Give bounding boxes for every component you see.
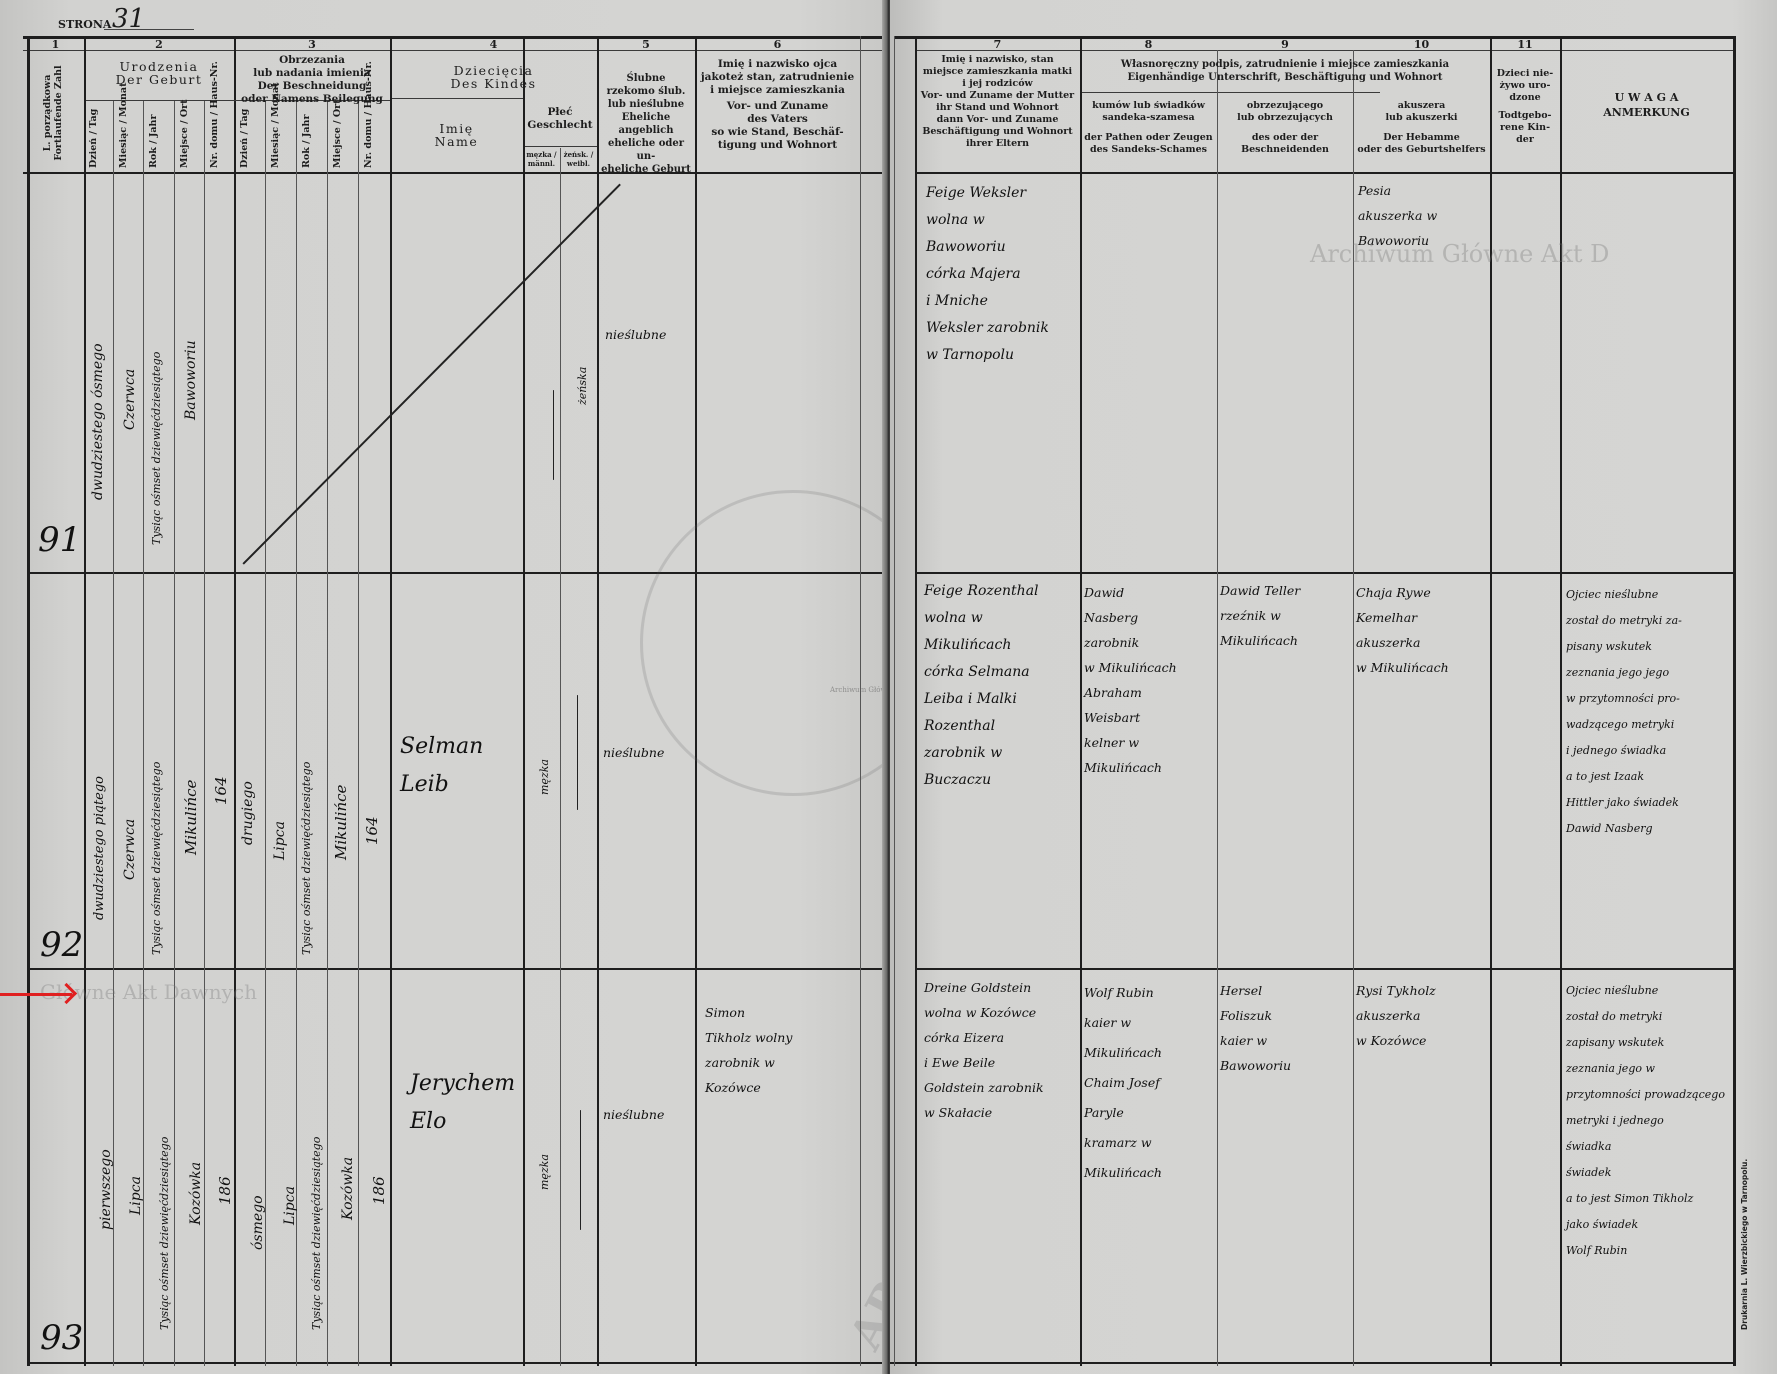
col10-de2: oder des Geburtshelfers [1353,144,1490,156]
col10-de1: Der Hebamme [1353,132,1490,144]
col5-pl1: Ślubne [597,72,695,85]
row-92-number: 92 [40,925,83,965]
row-91-strike-line [242,184,620,565]
row-93-number: 93 [40,1318,83,1358]
row-93-legitimacy: nieślubne [603,1102,664,1127]
col7-pl1: Imię i nazwisko, stan [915,54,1080,66]
sex-split-rule [560,148,561,1366]
row-93-circ-month: Lipca [282,1186,298,1225]
col4-header-de: Des Kindes [390,77,597,90]
col10-pl2: lub akuszerki [1353,112,1490,124]
group-8-10-header: Własnoręczny podpis, zatrudnienie i miej… [1080,58,1490,84]
row-92-circ-house: 164 [363,816,381,845]
col4-number: 4 [390,38,597,51]
col9-header: obrzezującego lub obrzezujących des oder… [1217,100,1353,156]
col7-pl3: i jej rodziców [915,78,1080,90]
row-93-birth-year: Tysiąc ośmset dziewięćdziesiątego [158,1137,171,1330]
row-93-circ-house: 186 [370,1176,388,1205]
remarks-de: ANMERKUNG [1560,105,1733,120]
col8-left-rule [1080,36,1082,1366]
row-92-birth-day: dwudziestego piątego [92,776,107,920]
row-93-midwife: Rysi Tykholz akuszerka w Kozówce [1356,978,1436,1053]
col1-header: L. porządkowa Fortlaufende Zahl [42,58,64,168]
row-92-remarks: Ojciec nieślubne został do metryki za- p… [1566,582,1682,842]
group-de: Eigenhändige Unterschrift, Beschäftigung… [1080,71,1490,84]
col8-pl2: sandeka-szamesa [1080,112,1217,124]
page-number-underline [104,29,194,30]
col5-pl3: lub nieślubne [597,98,695,111]
row-93-birth-place: Kozówka [188,1162,204,1225]
col5-pl2: rzekomo ślub. [597,85,695,98]
col9-pl1: obrzezującego [1217,100,1353,112]
red-arrow-right-icon [0,993,72,996]
col7-de2: ihr Stand und Wohnort [915,102,1080,114]
row-92-bottom-rule [30,968,885,970]
col3-rule [390,36,392,1366]
col7-de1: Vor- und Zuname der Mutter [915,90,1080,102]
right-page: 7 8 9 10 11 Imię i nazwisko, stan miejsc… [890,0,1777,1374]
sex-female-header: żeńsk. / weibl. [560,150,597,168]
left-edge-rule [894,36,895,1366]
row-91-bottom-rule [916,572,1736,574]
row-92-circ-month: Lipca [272,821,288,860]
col8-number: 8 [1080,38,1217,51]
col10-pl1: akuszera [1353,100,1490,112]
sex-header: Płeć Geschlecht [523,106,597,132]
col3-number: 3 [234,38,390,51]
col1-header-de: Fortlaufende Zahl [53,58,64,168]
col5-de1: Eheliche angeblich [597,111,695,137]
row-93-bottom-rule [30,1362,885,1364]
col11-pl1: Dzieci nie- [1490,68,1560,80]
col2-sub-place: Miejsce / Ort [179,99,190,168]
col8-de2: des Sandeks-Schames [1080,144,1217,156]
col3-sub-place: Miejsce / Ort [332,99,343,168]
row-93-father: Simon Tikholz wolny zarobnik w Kozówce [705,1000,792,1100]
col3-sub-day: Dzień / Tag [239,109,250,168]
watermark-right: Archiwum Główne Akt D [1310,240,1609,268]
col6-de1: Vor- und Zuname [695,100,860,113]
sub-rule [296,100,297,1366]
col2-number: 2 [84,38,234,51]
col6-header: Imię i nazwisko ojca jakoteż stan, zatru… [695,58,860,152]
left-page: STRONA 31 1 2 3 4 5 6 L. porządkowa Fort… [0,0,885,1374]
col5-de3: eheliche Geburt [597,163,695,176]
row-93-circumciser: Hersel Foliszuk kaier w Bawoworiu [1220,978,1291,1078]
col11-left-rule [1490,36,1492,1366]
sub-rule [327,100,328,1366]
remarks-pl: U W A G A [1560,90,1733,105]
col3-sub-year: Rok / Jahr [301,115,312,168]
group-header-rule [1082,92,1380,93]
row-91-birth-day: dwudziestego ósmego [90,343,106,500]
col1-rule [84,36,86,1366]
col7-de4: Beschäftigung und Wohnort [915,126,1080,138]
row-91-legitimacy: nieślubne [605,322,666,347]
row-91-sex-female: żeńska [576,367,589,405]
row-92-birth-year: Tysiąc ośmset dziewięćdziesiątego [150,762,163,955]
col5-header: Ślubne rzekomo ślub. lub nieślubne Eheli… [597,72,695,176]
row-91-brace [553,390,554,480]
spacer [1353,124,1490,132]
row-92-circumciser: Dawid Teller rzeźnik w Mikulińcach [1220,578,1300,653]
col4-rule [523,36,525,1366]
printer-imprint: Drukarnia L. Wierzbickiego w Tarnopolu. [1740,1159,1749,1330]
row-92-witnesses: Dawid Nasberg zarobnik w Mikulińcach Abr… [1084,580,1177,780]
sub-rule [174,100,175,1366]
col9-left-rule [1217,50,1218,1366]
col5-number: 5 [597,38,695,51]
sex-header-pl: Płeć [523,106,597,119]
row-91-birth-month: Czerwca [122,369,138,430]
name-header-de: Name [390,135,523,148]
col6-number: 6 [695,38,860,51]
col8-pl1: kumów lub świadków [1080,100,1217,112]
row-93-circ-day: ósmego [250,1195,266,1250]
row-93-child-name: Jerychem Elo [410,1065,515,1141]
row-92-sex-male: męzka [538,759,551,795]
col7-pl2: miejsce zamieszkania matki [915,66,1080,78]
row-92-bottom-rule [916,968,1736,970]
col9-pl2: lub obrzezujących [1217,112,1353,124]
col3-sub-month: Miesiąc / Monat [270,83,281,168]
col3-sub-house: Nr. domu / Haus-Nr. [363,61,374,168]
sex-male-header: męzka / männl. [523,150,560,168]
col8-header: kumów lub świadków sandeka-szamesa der P… [1080,100,1217,156]
sub-rule [204,100,205,1366]
row-93-witnesses: Wolf Rubin kaier w Mikulińcach Chaim Jos… [1084,978,1162,1188]
col2-sub-month: Miesiąc / Monat [118,83,129,168]
col1-header-pl: L. porządkowa [42,58,53,168]
col9-number: 9 [1217,38,1353,51]
col9-de1: des oder der [1217,132,1353,144]
col11-pl2: żywo uro- [1490,80,1560,92]
row-92-circ-place: Mikulińce [332,785,350,860]
col8-de1: der Pathen oder Zeugen [1080,132,1217,144]
sex-header-rule [525,146,597,147]
row-91-number: 91 [38,520,81,560]
row-93-brace [580,1110,581,1230]
col11-de1: Todtgebo- [1490,110,1560,122]
spacer [1080,124,1217,132]
col6-de3: so wie Stand, Beschäf- [695,126,860,139]
spacer [1217,124,1353,132]
col5-de2: eheliche oder un- [597,137,695,163]
col10-header: akuszera lub akuszerki Der Hebamme oder … [1353,100,1490,156]
row-92-birth-month: Czerwca [122,819,138,880]
row-92-birth-house: 164 [212,776,230,805]
table-left-rule [27,36,30,1366]
row-92-child-name: Selman Leib [400,728,483,804]
row-92-mother: Feige Rozenthal wolna w Mikulińcach córk… [924,578,1039,794]
col2-sub-day: Dzień / Tag [88,109,99,168]
col11-de2: rene Kin- [1490,122,1560,134]
col6-pl3: i miejsce zamieszkania [695,84,860,97]
col1-number: 1 [27,38,84,51]
row-93-mother: Dreine Goldstein wolna w Kozówce córka E… [924,975,1044,1125]
col9-de2: Beschneidenden [1217,144,1353,156]
row-93-bottom-rule [890,1362,1736,1364]
row-93-birth-month: Lipca [128,1176,144,1215]
col6-pl2: jakoteż stan, zatrudnienie [695,71,860,84]
row-92-brace [577,695,578,810]
col10-number: 10 [1353,38,1490,51]
row-92-midwife: Chaja Rywe Kemelhar akuszerka w Mikulińc… [1356,580,1449,680]
remarks-header: U W A G A ANMERKUNG [1560,90,1733,120]
sub-rule [358,100,359,1366]
row-93-circ-year: Tysiąc ośmset dziewięćdziesiątego [310,1137,323,1330]
col11-header: Dzieci nie- żywo uro- dzone Todtgebo- re… [1490,68,1560,146]
row-92-legitimacy: nieślubne [603,740,664,765]
col11-pl3: dzone [1490,92,1560,104]
row-92-birth-place: Mikulińce [182,780,200,855]
row-91-mother: Feige Weksler wolna w Bawoworiu córka Ma… [926,180,1049,369]
group-pl: Własnoręczny podpis, zatrudnienie i miej… [1080,58,1490,71]
row-93-birth-day: pierwszego [98,1149,114,1230]
col7-left-rule [915,36,917,1366]
row-93-remarks: Ojciec nieślubne został do metryki zapis… [1566,978,1725,1264]
col6-de2: des Vaters [695,113,860,126]
sex-header-de: Geschlecht [523,119,597,132]
row-91-birth-place: Bawoworiu [183,340,199,420]
col11-de3: der [1490,134,1560,146]
col7-number: 7 [915,38,1080,51]
row-92-circ-day: drugiego [240,781,256,845]
remarks-left-rule [1560,36,1562,1366]
col2-sub-house: Nr. domu / Haus-Nr. [209,61,220,168]
row-91-birth-year: Tysiąc ośmset dziewięćdziesiątego [150,352,163,545]
row-93-sex-male: męzka [538,1154,551,1190]
col5-rule [597,36,599,1366]
col6-pl1: Imię i nazwisko ojca [695,58,860,71]
header-bottom-rule [916,172,1736,174]
row-93-circ-place: Kozówka [340,1157,356,1220]
sub-rule [265,100,266,1366]
col4-header: Dziecięcia Des Kindes [390,64,597,90]
col6-de4: tigung und Wohnort [695,139,860,152]
row-93-birth-house: 186 [216,1176,234,1205]
header-bottom-rule [23,172,885,174]
col7-de3: dann Vor- und Zuname [915,114,1080,126]
col4-subheader-rule [392,98,523,99]
col2-rule [234,36,236,1366]
col4-name-header: Imię Name [390,122,523,148]
col2-sub-year: Rok / Jahr [148,115,159,168]
col7-de5: ihrer Eltern [915,138,1080,150]
table-right-rule [1733,36,1736,1366]
col7-header: Imię i nazwisko, stan miejsce zamieszkan… [915,54,1080,150]
row-92-circ-year: Tysiąc ośmset dziewięćdziesiątego [300,762,313,955]
col11-number: 11 [1490,38,1560,51]
